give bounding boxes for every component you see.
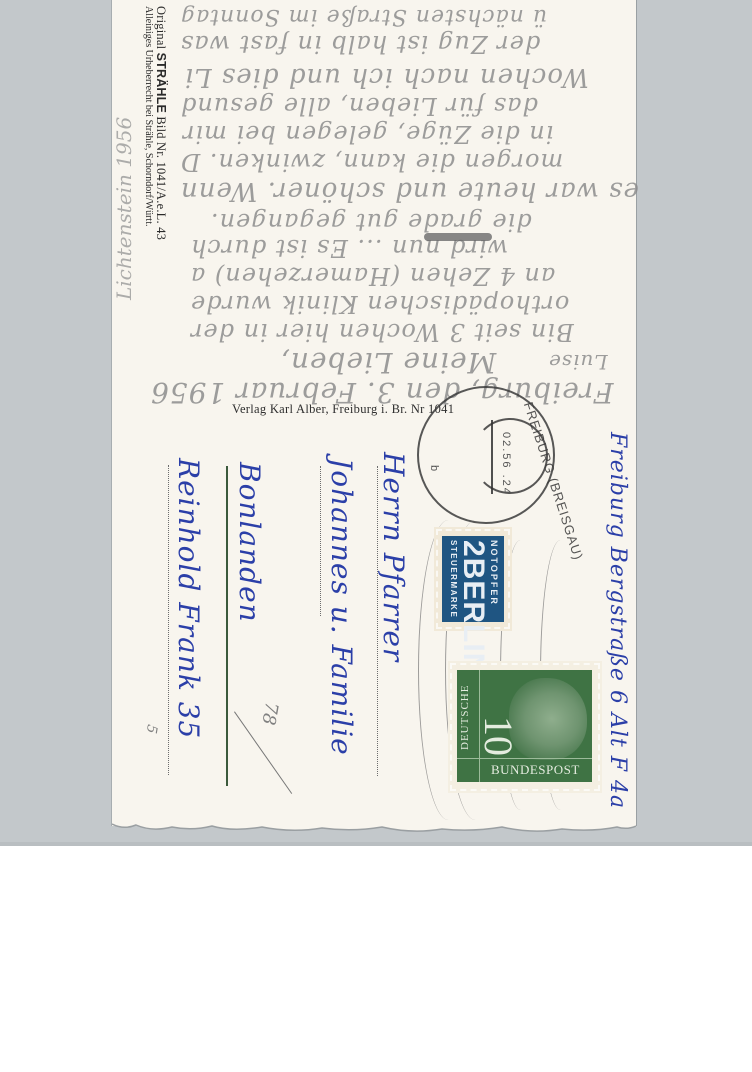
pencil-line: Wochen nach ich und dies Li — [184, 62, 589, 92]
strikethrough-scribble — [424, 233, 492, 241]
publisher-line: Verlag Karl Alber, Freiburg i. Br. Nr 10… — [232, 402, 454, 417]
postmark-letter: b — [428, 465, 440, 471]
address-recipient: Herrn Pfarrer — [377, 452, 410, 662]
number-note: 78 — [257, 700, 282, 726]
deckled-edge — [112, 808, 636, 848]
notopfer-stamp: NOTOPFER 2BERLIN STEUERMARKE — [434, 527, 512, 631]
pencil-signature: Luise — [548, 350, 608, 374]
stamp-country: DEUTSCHE — [459, 680, 477, 750]
pencil-line: ü nächsten Straße im Sonntag — [180, 4, 547, 29]
pencil-line: in die Züge, gelegen bei mir — [182, 120, 553, 148]
address-line — [320, 466, 321, 616]
pencil-line: das für Lieben, alle gesund — [180, 92, 538, 120]
pencil-line: morgen die kann, zwinken. D — [180, 148, 563, 176]
notopfer-text: NOTOPFER 2BERLIN STEUERMARKE — [449, 540, 499, 675]
pencil-line: der Zug ist halb in fast was — [180, 30, 540, 58]
notopfer-city: BERLIN — [457, 558, 490, 676]
address-town: Bonlanden — [233, 462, 266, 623]
notopfer-value: 2 — [457, 540, 490, 558]
address-line — [168, 465, 169, 775]
sender-note: Freiburg Bergstraße 6 Alt F 4a — [605, 432, 630, 809]
imprint: Original STRÄHLE Bild Nr. 1041/A.e.L. 43… — [143, 6, 168, 240]
pencil-line: es war heute und schöner. Wenn — [180, 176, 639, 206]
bundespost-stamp-face: DEUTSCHE 10 BUNDESPOST — [457, 670, 592, 782]
pencil-side-note: Lichtenstein 1956 — [112, 117, 136, 300]
notopfer-stamp-face: NOTOPFER 2BERLIN STEUERMARKE — [442, 536, 504, 622]
pencil-line: die grade gut gegangen. — [210, 208, 532, 236]
pencil-line: Bin seit 3 Wochen hier in der — [190, 318, 574, 346]
bundespost-stamp: DEUTSCHE 10 BUNDESPOST — [448, 661, 602, 793]
imprint-copyright: Alleiniges Urheberrecht bei Strähle, Sch… — [143, 6, 154, 240]
postmark-date: 02.56 .24 — [500, 432, 512, 496]
pencil-line: orthopädischen Klinik wurde — [190, 290, 569, 318]
postmark-bar — [491, 420, 493, 494]
imprint-brand: STRÄHLE — [154, 53, 168, 113]
stamp-label: BUNDESPOST — [491, 762, 580, 778]
pencil-line: Meine Lieben, — [280, 346, 496, 379]
pencil-line: an 4 Zehen (Hamerzehen) a — [190, 262, 555, 290]
stamp-value: 10 — [478, 713, 518, 759]
address-family: Johannes u. Familie — [325, 458, 358, 756]
address-line — [226, 466, 228, 786]
imprint-number: Bild Nr. 1041/A.e.L. 43 — [154, 116, 168, 240]
address-street: Reinhold Frank 35 — [172, 458, 205, 739]
imprint-prefix: Original — [154, 6, 168, 49]
